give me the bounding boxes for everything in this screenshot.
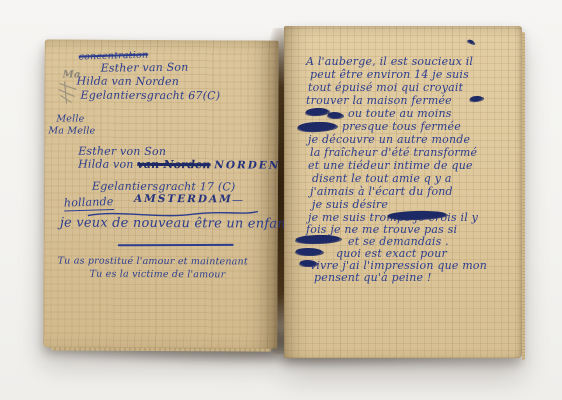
- crossed-out-ink-scribble: [296, 248, 322, 255]
- handwritten-line: j'aimais à l'écart du fond: [310, 186, 453, 197]
- handwritten-line: trouver la maison fermée: [306, 95, 452, 106]
- ink-scribble: [306, 107, 328, 116]
- margin-note: Melle: [56, 113, 84, 124]
- handwritten-line: peut être environ 14 je suis: [310, 69, 469, 80]
- handwritten-line: ou toute au moins: [348, 108, 452, 119]
- pencil-scribble: [56, 79, 82, 105]
- handwritten-line: Tu es la victime de l'amour: [90, 269, 226, 281]
- crossed-out-ink-scribble: [296, 234, 340, 244]
- dash-stroke: —: [232, 194, 243, 205]
- right-page: A l'auberge, il est soucieux il peut êtr…: [284, 26, 522, 358]
- handwritten-line: vivre j'ai l'impression que mon: [310, 260, 487, 271]
- handwritten-line: Hilda van Norden: [77, 76, 179, 88]
- handwritten-line: Egelantiersgracht 67(C): [80, 90, 220, 102]
- handwritten-line: disent le tout amie q y a: [312, 173, 452, 184]
- handwritten-line: Tu as prostitué l'amour et maintenant: [58, 255, 248, 267]
- handwritten-city-caps: AMSTERDAM: [134, 194, 233, 206]
- handwritten-line: et une tiédeur intime de que: [308, 160, 473, 171]
- handwritten-line: Egelantiersgracht 17 (C): [92, 181, 235, 193]
- left-page: concentration Esther van Son Hilda van N…: [43, 39, 279, 348]
- ink-scribble: [298, 121, 336, 132]
- handwritten-line: quoi est exact pour: [336, 248, 447, 259]
- handwritten-name-caps: NORDEN: [214, 159, 280, 171]
- divider-rule: [118, 244, 234, 246]
- handwritten-line: fois je ne me trouve pas si: [306, 224, 457, 235]
- handwritten-text: Hilda von: [78, 158, 137, 171]
- handwritten-line: je découvre un autre monde: [308, 134, 470, 145]
- handwritten-line: je suis désire: [312, 199, 388, 210]
- ink-scribble: [300, 260, 316, 266]
- margin-note: Ma Melle: [48, 125, 95, 136]
- ink-mark: [468, 39, 475, 44]
- handwritten-line: et se demandais .: [348, 236, 449, 247]
- photo-of-notebook: concentration Esther van Son Hilda van N…: [0, 0, 562, 400]
- ink-scribble: [328, 112, 342, 118]
- handwritten-line: presque tous fermée: [342, 121, 461, 132]
- ink-scribble: [470, 95, 483, 102]
- handwritten-line: tout épuisé moi qui croyait: [308, 82, 463, 93]
- handwritten-line: je veux de nouveau être un enfant: [60, 217, 291, 229]
- handwritten-line: A l'auberge, il est soucieux il: [306, 56, 473, 67]
- handwritten-line: pensent qu'à peine !: [314, 272, 432, 283]
- crossed-out-word: van Norden: [137, 158, 210, 171]
- handwritten-line: la fraîcheur d'été transformé: [310, 147, 477, 158]
- handwritten-line: Esther van Son: [101, 62, 189, 74]
- handwritten-line: Esther von Son: [78, 146, 166, 157]
